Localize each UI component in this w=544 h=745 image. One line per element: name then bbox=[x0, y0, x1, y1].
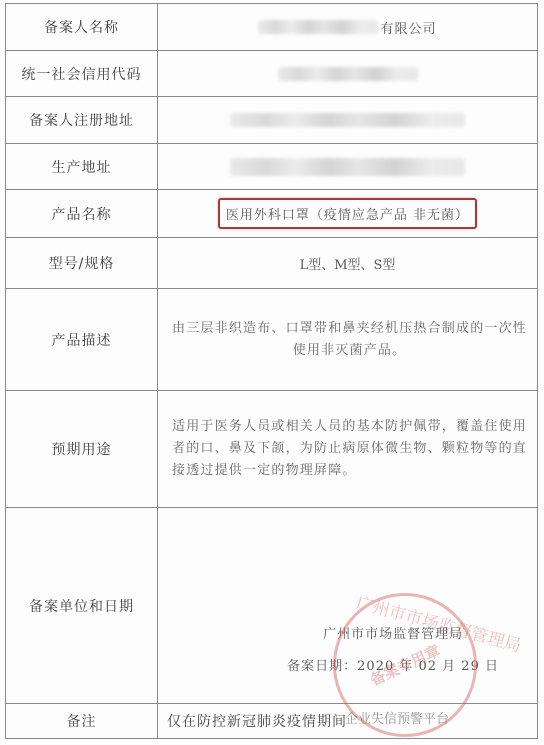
redacted-text bbox=[230, 158, 465, 176]
row-product-description: 产品描述 由三层非织造布、口罩带和鼻夹经机压热合制成的一次性使用非灭菌产品。 bbox=[6, 289, 538, 391]
value-filing-unit-date: 广州市市场监督管理局 备案日期：2020 年 02 月 29 日 bbox=[158, 508, 538, 704]
value-credit-code bbox=[158, 51, 538, 97]
row-filing-unit-date: 备案单位和日期 广州市市场监督管理局 备案日期：2020 年 02 月 29 日 bbox=[6, 508, 538, 704]
product-description-text: 由三层非织造布、口罩带和鼻夹经机压热合制成的一次性使用非灭菌产品。 bbox=[158, 318, 537, 362]
redacted-text bbox=[278, 67, 418, 81]
label-registered-address: 备案人注册地址 bbox=[6, 97, 158, 144]
label-product-name: 产品名称 bbox=[6, 190, 158, 238]
highlighted-product-name: 医用外科口罩（疫情应急产品 非无菌） bbox=[218, 198, 477, 229]
redacted-text bbox=[258, 20, 378, 34]
label-filer-name: 备案人名称 bbox=[6, 4, 158, 51]
value-intended-use: 适用于医务人员或相关人员的基本防护佩带，覆盖住使用者的口、鼻及下颌，为防止病原体… bbox=[158, 391, 538, 508]
intended-use-text: 适用于医务人员或相关人员的基本防护佩带，覆盖住使用者的口、鼻及下颌，为防止病原体… bbox=[158, 416, 537, 482]
company-suffix: 有限公司 bbox=[380, 22, 436, 37]
signature-block: 广州市市场监督管理局 备案日期：2020 年 02 月 29 日 bbox=[287, 619, 499, 683]
label-filing-unit-date: 备案单位和日期 bbox=[6, 508, 158, 704]
label-remarks: 备注 bbox=[6, 704, 158, 739]
label-intended-use: 预期用途 bbox=[6, 391, 158, 508]
redacted-text bbox=[230, 113, 465, 127]
label-production-address: 生产地址 bbox=[6, 144, 158, 190]
row-production-address: 生产地址 bbox=[6, 144, 538, 190]
row-filer-name: 备案人名称 有限公司 bbox=[6, 4, 538, 51]
row-credit-code: 统一社会信用代码 bbox=[6, 51, 538, 97]
row-intended-use: 预期用途 适用于医务人员或相关人员的基本防护佩带，覆盖住使用者的口、鼻及下颌，为… bbox=[6, 391, 538, 508]
filing-authority: 广州市市场监督管理局 bbox=[287, 619, 499, 651]
value-product-description: 由三层非织造布、口罩带和鼻夹经机压热合制成的一次性使用非灭菌产品。 bbox=[158, 289, 538, 391]
filing-certificate: 备案人名称 有限公司 统一社会信用代码 备案人注册地址 生产地址 产品名称 bbox=[0, 0, 544, 745]
row-registered-address: 备案人注册地址 bbox=[6, 97, 538, 144]
filing-date: 备案日期：2020 年 02 月 29 日 bbox=[287, 651, 499, 683]
record-table: 备案人名称 有限公司 统一社会信用代码 备案人注册地址 生产地址 产品名称 bbox=[5, 3, 538, 739]
row-model-spec: 型号/规格 L型、M型、S型 bbox=[6, 238, 538, 289]
label-product-description: 产品描述 bbox=[6, 289, 158, 391]
row-product-name: 产品名称 医用外科口罩（疫情应急产品 非无菌） bbox=[6, 190, 538, 238]
watermark: 企业失信预警平台 bbox=[345, 708, 449, 727]
value-product-name: 医用外科口罩（疫情应急产品 非无菌） bbox=[158, 190, 538, 238]
value-production-address bbox=[158, 144, 538, 190]
label-credit-code: 统一社会信用代码 bbox=[6, 51, 158, 97]
row-remarks: 备注 仅在防控新冠肺炎疫情期间 bbox=[6, 704, 538, 739]
value-filer-name: 有限公司 bbox=[158, 4, 538, 51]
value-model-spec: L型、M型、S型 bbox=[158, 238, 538, 289]
value-registered-address bbox=[158, 97, 538, 144]
label-model-spec: 型号/规格 bbox=[6, 238, 158, 289]
